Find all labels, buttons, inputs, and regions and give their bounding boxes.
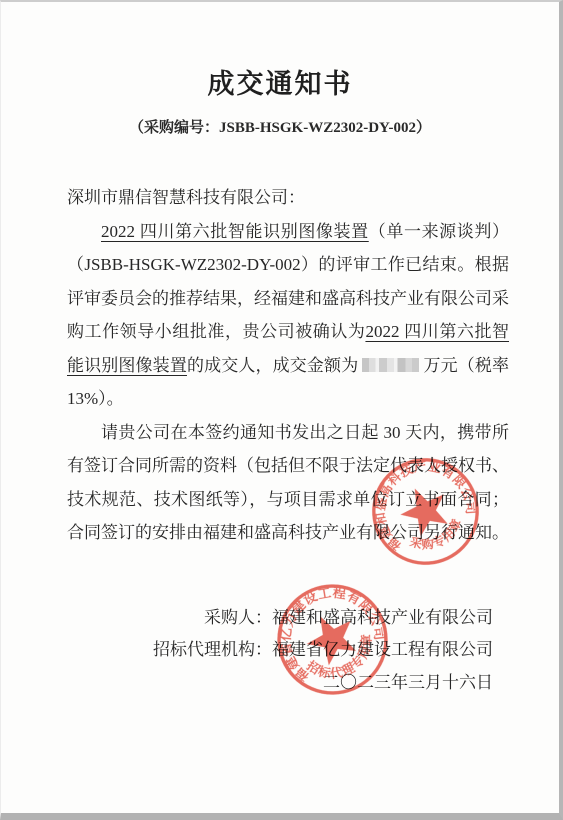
recipient-line: 深圳市鼎信智慧科技有限公司： — [67, 181, 509, 215]
scanned-document-page: 成交通知书 （采购编号：JSBB-HSGK-WZ2302-DY-002） 深圳市… — [0, 0, 563, 820]
signature-block: 采购人：福建和盛高科技产业有限公司 招标代理机构：福建省亿力建设工程有限公司 二… — [1, 602, 493, 700]
project-name-underlined: 2022 四川第六批智能识别图像装置 — [101, 222, 369, 241]
buyer-line: 采购人：福建和盛高科技产业有限公司 — [1, 602, 493, 635]
redacted-amount — [362, 358, 419, 372]
date-line: 二〇二三年三月十六日 — [1, 667, 493, 700]
award-text-2: 的成交人，成交金额为 — [187, 356, 358, 375]
agency-line: 招标代理机构：福建省亿力建设工程有限公司 — [1, 634, 493, 667]
document-title: 成交通知书 — [1, 62, 559, 101]
paragraph-award: 2022 四川第六批智能识别图像装置（单一来源谈判）（JSBB-HSGK-WZ2… — [67, 215, 509, 416]
procurement-number: （采购编号：JSBB-HSGK-WZ2302-DY-002） — [1, 116, 559, 137]
